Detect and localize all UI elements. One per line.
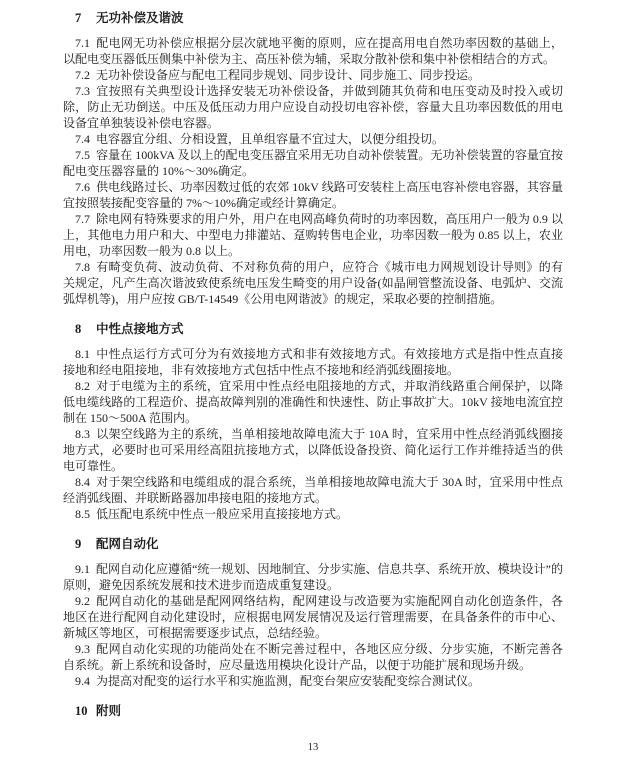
clause-text: 对于架空线路和电缆组成的混合系统，当单相接地故障电流大于 30A 时，宜采用中性…: [63, 475, 563, 505]
clause-text: 有畸变负荷、波动负荷、不对称负荷的用户，应符合《城市电力网规划设计导则》的有关规…: [63, 260, 563, 306]
clause-text: 宜按照有关典型设计选择安装无功补偿设备，并做到随其负荷和电压变动及时投入或切除，…: [63, 84, 563, 130]
clause-7-7: 7.7除电网有特殊要求的用户外，用户在电网高峰负荷时的功率因数，高压用户一般为 …: [63, 211, 563, 259]
clause-number: 7.6: [75, 179, 96, 195]
clause-number: 9.1: [75, 561, 96, 577]
section-title: 无功补偿及谐波: [96, 11, 184, 25]
clause-text: 配网自动化实现的功能尚处在不断完善过程中，各地区应分级、分步实施，不断完善各自系…: [63, 642, 563, 672]
clause-text: 除电网有特殊要求的用户外，用户在电网高峰负荷时的功率因数，高压用户一般为 0.9…: [63, 212, 563, 258]
clause-number: 7.2: [75, 67, 96, 83]
clause-text: 中性点运行方式可分为有效接地方式和非有效接地方式。有效接地方式是指中性点直接接地…: [63, 347, 563, 377]
clause-number: 8.2: [75, 378, 96, 394]
page-number: 13: [0, 742, 626, 754]
section-number: 10: [75, 703, 96, 719]
clause-7-4: 7.4电容器宜分组、分相设置，且单组容量不宜过大，以便分组投切。: [63, 131, 563, 147]
section-9: 9配网自动化 9.1配网自动化应遵循“统一规划、因地制宜、分步实施、信息共享、系…: [63, 536, 563, 689]
clause-8-3: 8.3以架空线路为主的系统，当单相接地故障电流大于 10A 时，宜采用中性点经消…: [63, 426, 563, 474]
clause-number: 8.5: [75, 506, 96, 522]
clause-number: 7.3: [75, 83, 96, 99]
clause-number: 9.4: [75, 673, 96, 689]
section-8: 8中性点接地方式 8.1中性点运行方式可分为有效接地方式和非有效接地方式。有效接…: [63, 321, 563, 522]
clause-9-1: 9.1配网自动化应遵循“统一规划、因地制宜、分步实施、信息共享、系统开放、模块设…: [63, 561, 563, 593]
clause-number: 7.4: [75, 131, 96, 147]
clause-text: 电容器宜分组、分相设置，且单组容量不宜过大，以便分组投切。: [96, 132, 444, 146]
section-number: 7: [75, 10, 96, 26]
clause-text: 低压配电系统中性点一般应采用直接接地方式。: [96, 507, 348, 521]
clause-number: 7.8: [75, 259, 96, 275]
section-10: 10附则: [63, 703, 563, 719]
clause-text: 为提高对配变的运行水平和实施监测，配变台架应安装配变综合测试仪。: [96, 674, 480, 688]
clause-7-2: 7.2无功补偿设备应与配电工程同步规划、同步设计、同步施工、同步投运。: [63, 67, 563, 83]
section-heading: 10附则: [63, 703, 563, 719]
clause-number: 9.2: [75, 593, 96, 609]
clause-number: 8.1: [75, 346, 96, 362]
clause-text: 配网自动化的基础是配网网络结构，配网建设与改造要为实施配网自动化创造条件，各地区…: [63, 594, 563, 640]
section-title: 中性点接地方式: [96, 322, 184, 336]
clause-7-5: 7.5容量在 100kVA 及以上的配电变压器宜采用无功自动补偿装置。无功补偿装…: [63, 147, 563, 179]
section-heading: 7无功补偿及谐波: [63, 10, 563, 26]
clause-number: 8.3: [75, 426, 96, 442]
clause-7-3: 7.3宜按照有关典型设计选择安装无功补偿设备，并做到随其负荷和电压变动及时投入或…: [63, 83, 563, 131]
clause-7-6: 7.6供电线路过长、功率因数过低的农郊 10kV 线路可安装柱上高压电容补偿电容…: [63, 179, 563, 211]
clause-number: 7.1: [75, 35, 96, 51]
section-title: 配网自动化: [96, 537, 159, 551]
section-title: 附则: [96, 704, 121, 718]
clause-9-4: 9.4为提高对配变的运行水平和实施监测，配变台架应安装配变综合测试仪。: [63, 673, 563, 689]
clause-text: 配网自动化应遵循“统一规划、因地制宜、分步实施、信息共享、系统开放、模块设计”的…: [63, 562, 563, 592]
clause-8-1: 8.1中性点运行方式可分为有效接地方式和非有效接地方式。有效接地方式是指中性点直…: [63, 346, 563, 378]
clause-7-8: 7.8有畸变负荷、波动负荷、不对称负荷的用户，应符合《城市电力网规划设计导则》的…: [63, 259, 563, 307]
clause-number: 9.3: [75, 641, 96, 657]
clause-text: 配电网无功补偿应根据分层次就地平衡的原则，应在提高用电自然功率因数的基础上，以配…: [63, 36, 563, 66]
section-number: 8: [75, 321, 96, 337]
clause-text: 对于电缆为主的系统，宜采用中性点经电阻接地的方式，并取消线路重合闸保护，以降低电…: [63, 379, 563, 425]
clause-8-5: 8.5低压配电系统中性点一般应采用直接接地方式。: [63, 506, 563, 522]
clause-number: 8.4: [75, 474, 96, 490]
clause-text: 以架空线路为主的系统，当单相接地故障电流大于 10A 时，宜采用中性点经消弧线圈…: [63, 427, 563, 473]
clause-number: 7.7: [75, 211, 96, 227]
clause-8-2: 8.2对于电缆为主的系统，宜采用中性点经电阻接地的方式，并取消线路重合闸保护，以…: [63, 378, 563, 426]
section-heading: 9配网自动化: [63, 536, 563, 552]
clause-text: 供电线路过长、功率因数过低的农郊 10kV 线路可安装柱上高压电容补偿电容器，其…: [63, 180, 563, 210]
clause-number: 7.5: [75, 147, 96, 163]
clause-text: 无功补偿设备应与配电工程同步规划、同步设计、同步施工、同步投运。: [96, 68, 480, 82]
clause-8-4: 8.4对于架空线路和电缆组成的混合系统，当单相接地故障电流大于 30A 时，宜采…: [63, 474, 563, 506]
clause-text: 容量在 100kVA 及以上的配电变压器宜采用无功自动补偿装置。无功补偿装置的容…: [63, 148, 563, 178]
clause-9-2: 9.2配网自动化的基础是配网网络结构，配网建设与改造要为实施配网自动化创造条件，…: [63, 593, 563, 641]
clause-9-3: 9.3配网自动化实现的功能尚处在不断完善过程中，各地区应分级、分步实施，不断完善…: [63, 641, 563, 673]
section-number: 9: [75, 536, 96, 552]
clause-7-1: 7.1配电网无功补偿应根据分层次就地平衡的原则，应在提高用电自然功率因数的基础上…: [63, 35, 563, 67]
document-page: 7无功补偿及谐波 7.1配电网无功补偿应根据分层次就地平衡的原则，应在提高用电自…: [63, 10, 563, 728]
section-7: 7无功补偿及谐波 7.1配电网无功补偿应根据分层次就地平衡的原则，应在提高用电自…: [63, 10, 563, 307]
section-heading: 8中性点接地方式: [63, 321, 563, 337]
